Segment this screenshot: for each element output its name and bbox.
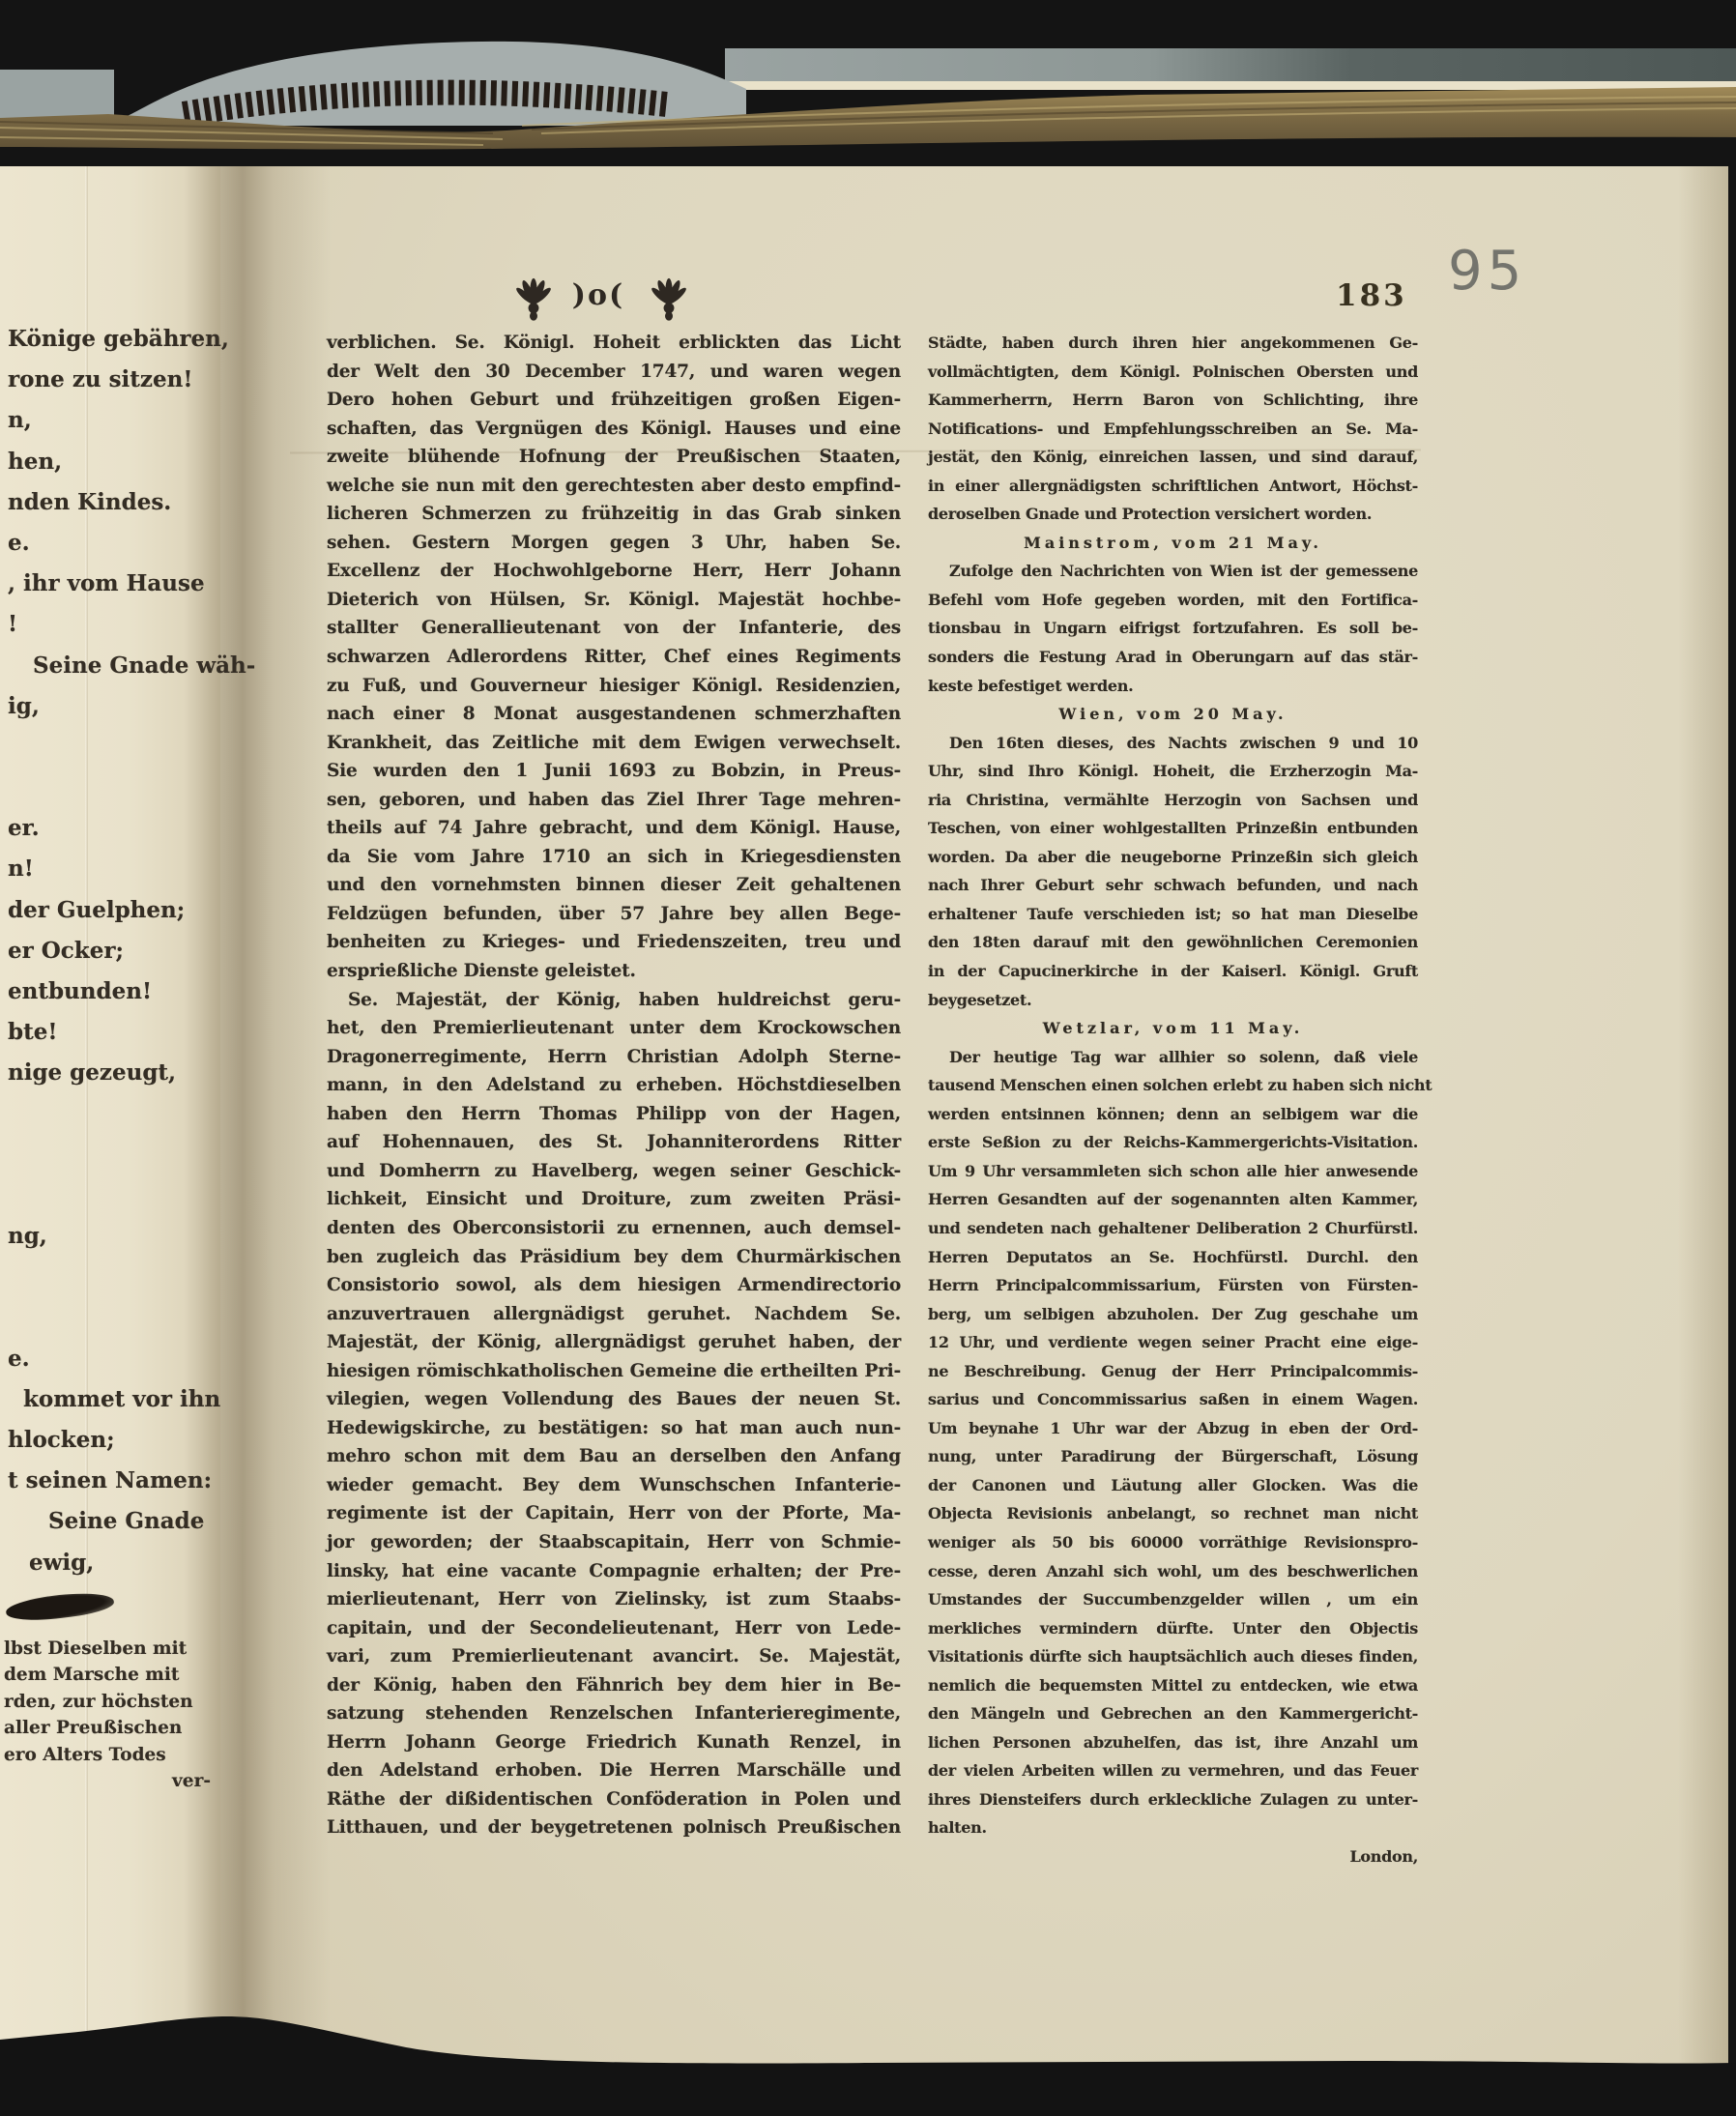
verse-fragment-line: rone zu sitzen! xyxy=(8,360,213,400)
text-line: Kammerherrn, Herrn Baron von Schlichting… xyxy=(928,386,1418,415)
verse-fragment-line: Könige gebähren, xyxy=(8,319,213,360)
text-line: Litthauen, und der beygetretenen polnisc… xyxy=(327,1813,901,1842)
text-line: nung, unter Paradirung der Bürgerschaft,… xyxy=(928,1442,1418,1471)
text-line: Mainstrom, vom 21 May. xyxy=(928,529,1418,558)
text-line: tionsbau in Ungarn eifrigst fortzufahren… xyxy=(928,614,1418,643)
verse-fragment-line: hlocken; xyxy=(8,1420,213,1461)
text-line: verblichen. Se. Königl. Hoheit erblickte… xyxy=(327,329,901,358)
verse-fragment-line xyxy=(8,1135,213,1175)
text-line: 12 Uhr, und verdiente wegen seiner Prach… xyxy=(928,1328,1418,1357)
verse-fragment-line: Seine Gnade xyxy=(48,1501,213,1542)
text-line: linsky, hat eine vacante Compagnie erhal… xyxy=(327,1557,901,1586)
text-line: mierlieutenant, Herr von Zielinsky, ist … xyxy=(327,1585,901,1614)
text-line: schwarzen Adlerordens Ritter, Chef eines… xyxy=(327,643,901,672)
text-line: vollmächtigten, dem Königl. Polnischen O… xyxy=(928,358,1418,387)
text-line: Städte, haben durch ihren hier angekomme… xyxy=(928,329,1418,358)
verse-fragment-line: , ihr vom Hause xyxy=(8,564,213,604)
text-line: Hedewigskirche, zu bestätigen: so hat ma… xyxy=(327,1414,901,1443)
prose-fragment-line: dem Marsche mit xyxy=(4,1662,211,1688)
text-line: capitain, und der Secondelieutenant, Her… xyxy=(327,1614,901,1643)
text-line: Feldzügen befunden, über 57 Jahre bey al… xyxy=(327,900,901,929)
text-line: Teschen, von einer wohlgestallten Prinze… xyxy=(928,814,1418,843)
text-line: merkliches vermindern dürfte. Unter den … xyxy=(928,1614,1418,1643)
text-line: cesse, deren Anzahl sich wohl, um des be… xyxy=(928,1557,1418,1586)
shell-ornament-icon xyxy=(646,273,692,323)
text-line: ersprießliche Dienste geleistet. xyxy=(327,957,901,986)
verse-fragment-line: entbunden! xyxy=(8,971,213,1012)
text-line: worden. Da aber die neugeborne Prinzeßin… xyxy=(928,843,1418,872)
header-separator-mark: )o( xyxy=(557,278,640,312)
text-line: sehen. Gestern Morgen gegen 3 Uhr, haben… xyxy=(327,529,901,558)
text-column-right: Städte, haben durch ihren hier angekomme… xyxy=(928,329,1418,1871)
text-line: licheren Schmerzen zu frühzeitig in das … xyxy=(327,500,901,529)
text-line: erhaltener Taufe verschieden ist; so hat… xyxy=(928,900,1418,929)
text-line: in einer allergnädigsten schriftlichen A… xyxy=(928,472,1418,501)
text-line: zweite blühende Hofnung der Preußischen … xyxy=(327,443,901,472)
verse-fragment-line: der Guelphen; xyxy=(8,890,213,931)
text-line: Uhr, sind Ihro Königl. Hoheit, die Erzhe… xyxy=(928,757,1418,786)
text-line: Herrn Johann George Friedrich Kunath Ren… xyxy=(327,1728,901,1757)
prose-fragment-line: aller Preußischen xyxy=(4,1715,211,1741)
text-line: berg, um selbigen abzuholen. Der Zug ges… xyxy=(928,1300,1418,1329)
text-line: und Domherrn zu Havelberg, wegen seiner … xyxy=(327,1157,901,1186)
text-line: der Welt den 30 December 1747, und waren… xyxy=(327,358,901,387)
text-line: satzung stehenden Renzelschen Infanterie… xyxy=(327,1699,901,1728)
text-line: nemlich die bequemsten Mittel zu entdeck… xyxy=(928,1671,1418,1700)
text-line: anzuvertrauen allergnädigst geruhet. Nac… xyxy=(327,1300,901,1329)
text-line: ihres Diensteifers durch erkleckliche Zu… xyxy=(928,1785,1418,1814)
verse-fragment-line xyxy=(8,727,213,768)
verse-fragment-line: hen, xyxy=(8,442,213,482)
text-line: Dero hohen Geburt und frühzeitigen große… xyxy=(327,386,901,415)
text-line: Der heutige Tag war allhier so solenn, d… xyxy=(928,1043,1418,1072)
text-line: erste Seßion zu der Reichs-Kammergericht… xyxy=(928,1128,1418,1157)
text-line: Wetzlar, vom 11 May. xyxy=(928,1014,1418,1043)
text-line: Consistorio sowol, als dem hiesigen Arme… xyxy=(327,1271,901,1300)
text-line: Visitationis dürfte sich hauptsächlich a… xyxy=(928,1642,1418,1671)
text-line: hiesigen römischkatholischen Gemeine die… xyxy=(327,1357,901,1386)
text-line: der Canonen und Läutung aller Glocken. W… xyxy=(928,1471,1418,1500)
text-line: London, xyxy=(928,1842,1418,1871)
binding-cloth-left xyxy=(0,70,114,118)
text-line: haben den Herrn Thomas Philipp von der H… xyxy=(327,1100,901,1129)
text-line: ne Beschreibung. Genug der Herr Principa… xyxy=(928,1357,1418,1386)
text-line: Befehl vom Hofe gegeben worden, mit den … xyxy=(928,586,1418,615)
text-line: vilegien, wegen Vollendung des Baues der… xyxy=(327,1385,901,1414)
text-line: den Adelstand erhoben. Die Herren Marsch… xyxy=(327,1756,901,1785)
text-line: ben zugleich das Präsidium bey dem Churm… xyxy=(327,1243,901,1272)
text-line: mann, in den Adelstand zu erheben. Höchs… xyxy=(327,1071,901,1100)
text-line: lichkeit, Einsicht und Droiture, zum zwe… xyxy=(327,1185,901,1214)
text-line: sarius und Concommissarius saßen in eine… xyxy=(928,1385,1418,1414)
text-line: Um 9 Uhr versammleten sich schon alle hi… xyxy=(928,1157,1418,1186)
text-line: sonders die Festung Arad in Oberungarn a… xyxy=(928,643,1418,672)
text-line: Herren Deputatos an Se. Hochfürstl. Durc… xyxy=(928,1243,1418,1272)
text-line: Objecta Revisionis anbelangt, so rechnet… xyxy=(928,1499,1418,1528)
text-line: der vielen Arbeiten willen zu vermehren,… xyxy=(928,1756,1418,1785)
text-line: denten des Oberconsistorii zu ernennen, … xyxy=(327,1214,901,1243)
text-line: tausend Menschen einen solchen erlebt zu… xyxy=(928,1071,1418,1100)
left-page-prose-fragments: lbst Dieselben mitdem Marsche mitrden, z… xyxy=(4,1636,211,1794)
text-line: weniger als 50 bis 60000 vorräthige Revi… xyxy=(928,1528,1418,1557)
text-line: Krankheit, das Zeitliche mit dem Ewigen … xyxy=(327,729,901,758)
text-line: keste befestiget werden. xyxy=(928,672,1418,701)
book-scan-photo: )o( 183 95 verblichen. Se. Königl. Hohei… xyxy=(0,0,1736,2116)
verse-fragment-line: ewig, xyxy=(29,1543,213,1583)
text-line: Zufolge den Nachrichten von Wien ist der… xyxy=(928,557,1418,586)
text-line: Majestät, der König, allergnädigst geruh… xyxy=(327,1328,901,1357)
text-line: jor geworden; der Staabscapitain, Herr v… xyxy=(327,1528,901,1557)
verse-fragment-line: nden Kindes. xyxy=(8,482,213,523)
text-line: ria Christina, vermählte Herzogin von Sa… xyxy=(928,786,1418,815)
text-column-left: verblichen. Se. Königl. Hoheit erblickte… xyxy=(327,329,901,1842)
text-line: regimente ist der Capitain, Herr von der… xyxy=(327,1499,901,1528)
text-line: den Mängeln und Gebrechen an den Kammerg… xyxy=(928,1699,1418,1728)
text-line: wieder gemacht. Bey dem Wunschschen Infa… xyxy=(327,1471,901,1500)
text-line: Notifications- und Empfehlungsschreiben … xyxy=(928,415,1418,444)
verse-fragment-line: er. xyxy=(8,808,213,849)
text-line: theils auf 74 Jahre gebracht, und dem Kö… xyxy=(327,814,901,843)
text-line: Herrn Principalcommissarium, Fürsten von… xyxy=(928,1271,1418,1300)
text-line: zu Fuß, und Gouverneur hiesiger Königl. … xyxy=(327,672,901,701)
text-line: schaften, das Vergnügen des Königl. Haus… xyxy=(327,415,901,444)
shell-ornament-icon xyxy=(510,273,557,323)
verse-fragment-line: nige gezeugt, xyxy=(8,1053,213,1093)
prose-fragment-line: ver- xyxy=(4,1768,211,1794)
prose-fragment-line: ero Alters Todes xyxy=(4,1742,211,1768)
verse-fragment-line xyxy=(8,1298,213,1339)
verse-fragment-line: n! xyxy=(8,849,213,889)
text-line: benheiten zu Krieges- und Friedenszeiten… xyxy=(327,928,901,957)
text-line: Excellenz der Hochwohlgeborne Herr, Herr… xyxy=(327,557,901,586)
text-line: jestät, den König, einreichen lassen, un… xyxy=(928,443,1418,472)
text-line: Um beynahe 1 Uhr war der Abzug in eben d… xyxy=(928,1414,1418,1443)
text-line: nach Ihrer Geburt sehr schwach befunden,… xyxy=(928,871,1418,900)
text-line: lichen Personen abzuhelfen, das ist, ihr… xyxy=(928,1728,1418,1757)
text-line: Se. Majestät, der König, haben huldreich… xyxy=(327,986,901,1015)
text-line: und den vornehmsten binnen dieser Zeit g… xyxy=(327,871,901,900)
text-line: Dieterich von Hülsen, Sr. Königl. Majest… xyxy=(327,586,901,615)
text-line: stallter Generallieutenant von der Infan… xyxy=(327,614,901,643)
binding-cloth-right xyxy=(725,48,1736,87)
prose-fragment-line: rden, zur höchsten xyxy=(4,1689,211,1715)
handwritten-folio-number: 95 xyxy=(1448,240,1526,303)
text-line: Wien, vom 20 May. xyxy=(928,700,1418,729)
text-line: Sie wurden den 1 Junii 1693 zu Bobzin, i… xyxy=(327,757,901,786)
text-line: der König, haben den Fähnrich bey dem hi… xyxy=(327,1671,901,1700)
text-line: auf Hohennauen, des St. Johanniterordens… xyxy=(327,1128,901,1157)
verse-fragment-line: ng, xyxy=(8,1216,213,1257)
text-line: da Sie vom Jahre 1710 an sich in Krieges… xyxy=(327,843,901,872)
prose-fragment-line: lbst Dieselben mit xyxy=(4,1636,211,1662)
verse-fragment-line xyxy=(8,768,213,808)
text-line: Herren Gesandten auf der sogenannten alt… xyxy=(928,1185,1418,1214)
text-line: sen, geboren, und haben das Ziel Ihrer T… xyxy=(327,786,901,815)
text-line: deroselben Gnade und Protection versiche… xyxy=(928,500,1418,529)
text-line: beygesetzet. xyxy=(928,986,1418,1015)
text-line: vari, zum Premierlieutenant avancirt. Se… xyxy=(327,1642,901,1671)
verse-fragment-line xyxy=(8,1175,213,1216)
page-number: 183 xyxy=(1336,278,1407,313)
verse-fragment-line xyxy=(8,1257,213,1297)
left-page-verse-fragments: Könige gebähren,rone zu sitzen!n,hen,nde… xyxy=(8,319,213,1583)
text-line: nach einer 8 Monat ausgestandenen schmer… xyxy=(327,700,901,729)
verse-fragment-line: kommet vor ihn xyxy=(23,1379,213,1420)
text-line: het, den Premierlieutenant unter dem Kro… xyxy=(327,1014,901,1043)
verse-fragment-line: e. xyxy=(8,523,213,564)
text-line: in der Capucinerkirche in der Kaiserl. K… xyxy=(928,957,1418,986)
verse-fragment-line: ig, xyxy=(8,686,213,727)
text-line: und sendeten nach gehaltener Deliberatio… xyxy=(928,1214,1418,1243)
verse-fragment-line: t seinen Namen: xyxy=(8,1461,213,1501)
verse-fragment-line: ! xyxy=(8,604,213,645)
text-line: mehro schon mit dem Bau an derselben den… xyxy=(327,1442,901,1471)
verse-fragment-line xyxy=(8,1094,213,1135)
verse-fragment-line: e. xyxy=(8,1339,213,1379)
text-line: den 18ten darauf mit den gewöhnlichen Ce… xyxy=(928,928,1418,957)
text-line: Räthe der dißidentischen Conföderation i… xyxy=(327,1785,901,1814)
text-line: Umstandes der Succumbenzgelder willen , … xyxy=(928,1585,1418,1614)
text-line: Den 16ten dieses, des Nachts zwischen 9 … xyxy=(928,729,1418,758)
verse-fragment-line: Seine Gnade wäh- xyxy=(33,646,213,686)
text-line: welche sie nun mit den gerechtesten aber… xyxy=(327,472,901,501)
verse-fragment-line: er Ocker; xyxy=(8,931,213,971)
text-line: werden entsinnen können; denn an selbige… xyxy=(928,1100,1418,1129)
verse-fragment-line: n, xyxy=(8,400,213,441)
verse-fragment-line: bte! xyxy=(8,1012,213,1053)
text-line: halten. xyxy=(928,1813,1418,1842)
text-line: Dragonerregimente, Herrn Christian Adolp… xyxy=(327,1043,901,1072)
